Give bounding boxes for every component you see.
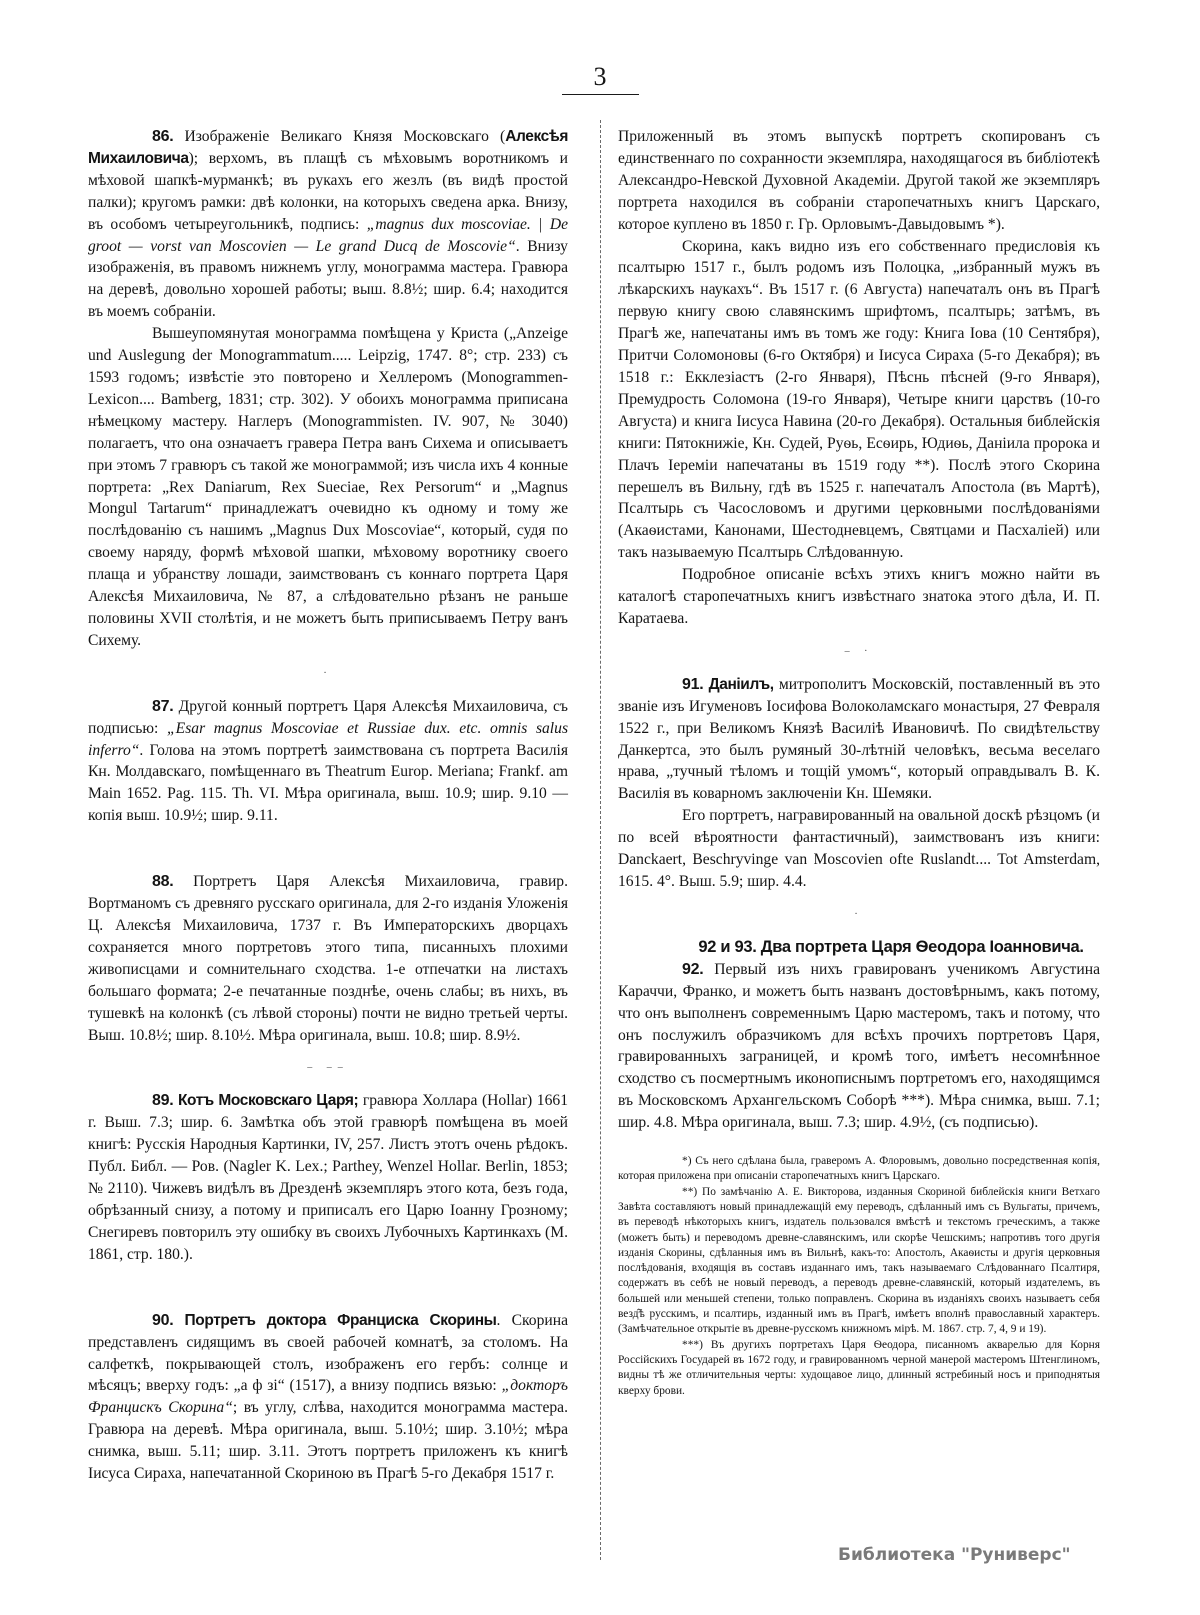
entry-number: 89. [152, 1092, 173, 1109]
entry-number: 86. [152, 128, 173, 145]
entry-86-paragraph-1: 86. Изображеніе Великаго Князя Московска… [88, 126, 568, 323]
entry-90-continued-paragraph-1: Приложенный въ этомъ выпускѣ портретъ ск… [618, 126, 1100, 236]
entry-90: 90. Портретъ доктора Франциска Скорины. … [88, 1310, 568, 1485]
entry-88: 88. Портретъ Царя Алексѣя Михаиловича, г… [88, 871, 568, 1046]
entry-number: 90. [152, 1312, 173, 1329]
entry-90-continued-paragraph-3: Подробное описаніе всѣхъ этихъ книгъ мож… [618, 564, 1100, 630]
entry-number: 87. [152, 698, 173, 715]
entry-90-continued-paragraph-2: Скорина, какъ видно изъ его собственнаго… [618, 236, 1100, 565]
footnote-1: *) Съ него сдѣлана была, граверомъ А. Фл… [618, 1154, 1100, 1185]
section-heading: 92 и 93. Два портрета Царя Ѳеодора Іоанн… [618, 937, 1100, 959]
entry-91-paragraph-1: 91. Даніилъ, митрополитъ Московскій, пос… [618, 674, 1100, 805]
entry-title: Даніилъ, [709, 676, 774, 693]
entry-separator: · [88, 652, 568, 696]
page-header: 3 [0, 62, 1200, 95]
entry-92-paragraph: 92. Первый изъ нихъ гравированъ учеником… [618, 959, 1100, 1134]
entry-89-paragraph: 89. Котъ Московскаго Царя; гравюра Холла… [88, 1090, 568, 1265]
entry-91-paragraph-2: Его портретъ, награвированный на овально… [618, 805, 1100, 893]
entry-separator: – –– [88, 1046, 568, 1090]
entry-title: Портретъ доктора Франциска Скорины [185, 1312, 497, 1329]
entry-91: 91. Даніилъ, митрополитъ Московскій, пос… [618, 674, 1100, 893]
entry-89: 89. Котъ Московскаго Царя; гравюра Холла… [88, 1090, 568, 1265]
right-column: Приложенный въ этомъ выпускѣ портретъ ск… [618, 126, 1100, 1399]
entry-87: 87. Другой конный портретъ Царя Алексѣя … [88, 696, 568, 827]
entry-separator [88, 827, 568, 871]
page-number: 3 [562, 62, 639, 95]
entry-90-paragraph: 90. Портретъ доктора Франциска Скорины. … [88, 1310, 568, 1485]
footnote-3: ***) Въ другихъ портретахъ Царя Ѳеодора,… [618, 1338, 1100, 1399]
entry-separator [88, 1266, 568, 1310]
entry-number: 91. [682, 676, 703, 693]
left-column: 86. Изображеніе Великаго Князя Московска… [88, 126, 568, 1485]
entry-86-paragraph-2: Вышеупомянутая монограмма помѣщена у Кри… [88, 323, 568, 652]
entry-88-paragraph: 88. Портретъ Царя Алексѣя Михаиловича, г… [88, 871, 568, 1046]
entry-separator: · [618, 893, 1100, 937]
entry-separator: – · [618, 630, 1100, 674]
column-divider [600, 120, 601, 1560]
entry-90-continued: Приложенный въ этомъ выпускѣ портретъ ск… [618, 126, 1100, 630]
entry-number: 92. [682, 961, 703, 978]
entry-title: Котъ Московскаго Царя; [178, 1092, 358, 1109]
library-watermark: Библиотека "Руниверс" [838, 1545, 1071, 1565]
entry-87-paragraph: 87. Другой конный портретъ Царя Алексѣя … [88, 696, 568, 827]
footnote-2: **) По замѣчанію А. Е. Викторова, изданн… [618, 1185, 1100, 1338]
entry-number: 88. [152, 873, 173, 890]
entry-86: 86. Изображеніе Великаго Князя Московска… [88, 126, 568, 652]
footnotes: *) Съ него сдѣлана была, граверомъ А. Фл… [618, 1154, 1100, 1399]
entry-92-93: 92 и 93. Два портрета Царя Ѳеодора Іоанн… [618, 937, 1100, 1134]
